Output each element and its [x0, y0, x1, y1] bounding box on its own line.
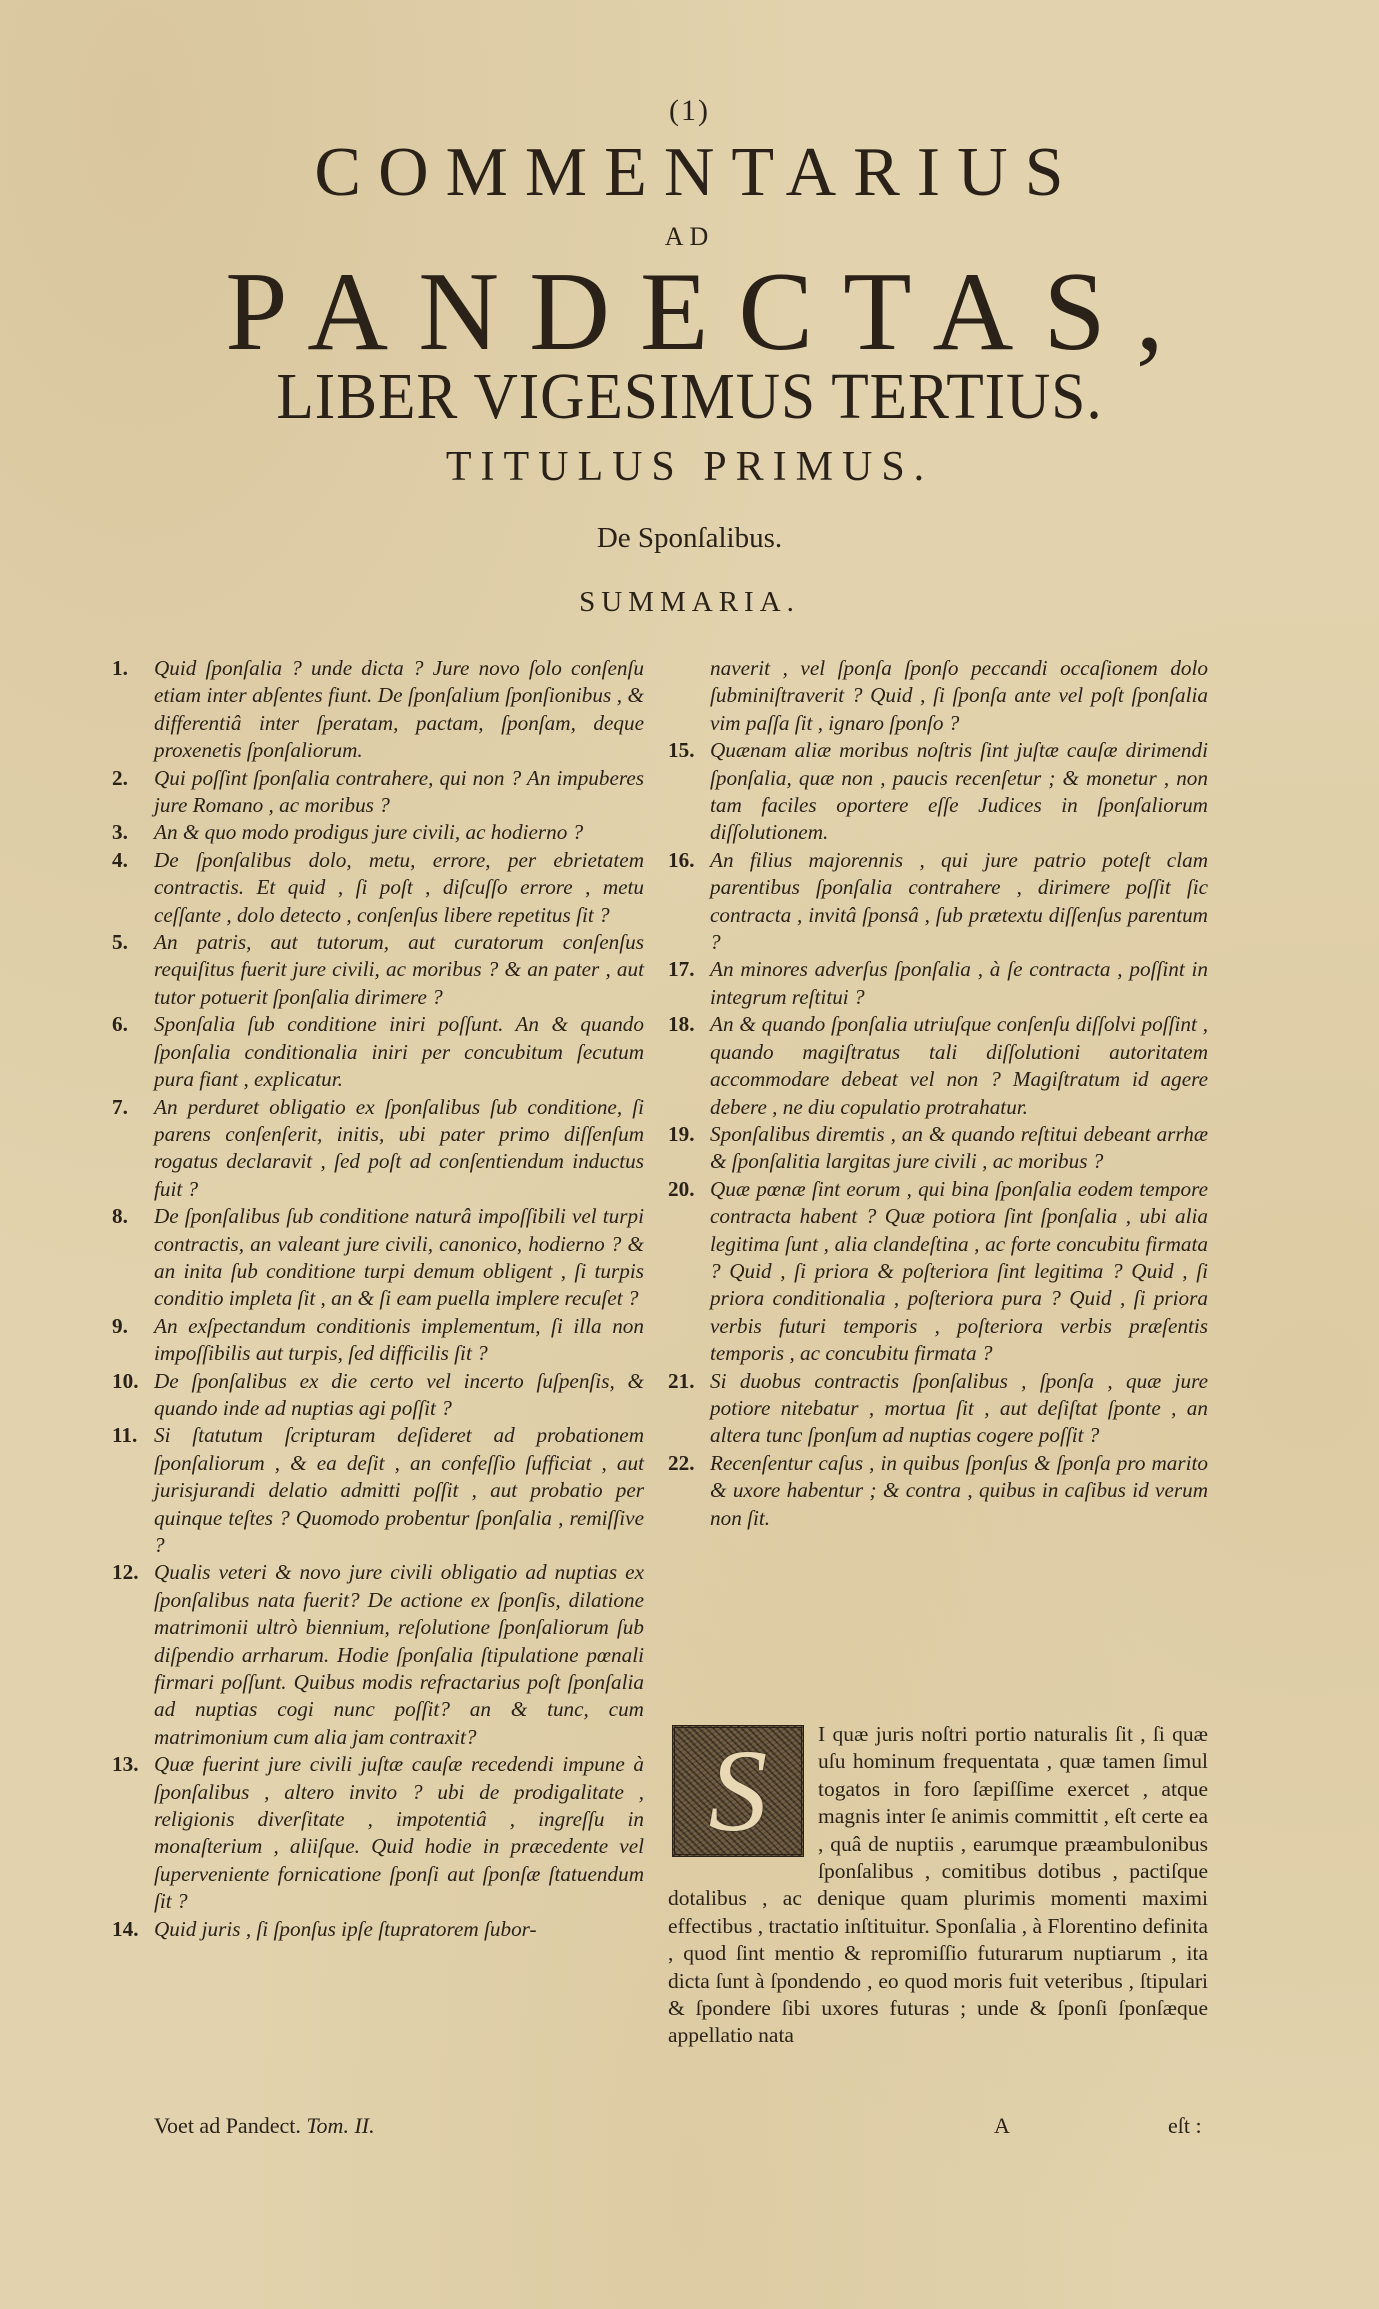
item-number: 20. [668, 1176, 708, 1203]
summaria-left-column: 1.Quid ſponſalia ? unde dicta ? Jure nov… [112, 655, 644, 1943]
summary-item: 2.Qui poſſint ſponſalia contrahere, qui … [112, 765, 644, 820]
item-number: 12. [112, 1559, 152, 1586]
item-text: Quæ pœnæ ſint eorum , qui bina ſponſalia… [710, 1176, 1208, 1368]
item-number: 22. [668, 1450, 708, 1477]
summary-item: 15.Quænam aliæ moribus noſtris ſint juſt… [668, 737, 1208, 847]
item-text: De ſponſalibus ſub conditione naturâ imp… [154, 1203, 644, 1313]
summary-item: 18.An & quando ſponſalia utriuſque conſe… [668, 1011, 1208, 1121]
summary-item: 4.De ſponſalibus dolo, metu, errore, per… [112, 847, 644, 929]
body-text: S I quæ juris noſtri portio naturalis ſi… [668, 1721, 1208, 2050]
item-text: Quænam aliæ moribus noſtris ſint juſtæ c… [710, 737, 1208, 847]
item-number: 8. [112, 1203, 152, 1230]
item-number: 11. [112, 1422, 152, 1449]
item-number: 6. [112, 1011, 152, 1038]
title-titulus: TITULUS PRIMUS. [0, 446, 1379, 488]
summary-item: 5.An patris, aut tutorum, aut curatorum … [112, 929, 644, 1011]
summary-item: 9.An exſpectandum conditionis implementu… [112, 1313, 644, 1368]
item-number: 1. [112, 655, 152, 682]
summary-item: 6.Sponſalia ſub conditione iniri poſſunt… [112, 1011, 644, 1093]
summary-item: 19.Sponſalibus diremtis , an & quando re… [668, 1121, 1208, 1176]
item-14-continuation: naverit , vel ſponſa ſponſo peccandi occ… [668, 655, 1208, 737]
item-text: Quid ſponſalia ? unde dicta ? Jure novo … [154, 655, 644, 765]
item-text: Quid juris , ſi ſponſus ipſe ſtupratorem… [154, 1916, 644, 1943]
summary-item: 14.Quid juris , ſi ſponſus ipſe ſtuprato… [112, 1916, 644, 1943]
running-footer: Voet ad Pandect. Tom. II. [154, 2113, 375, 2139]
title-ad: AD [0, 222, 1379, 252]
summary-item: 20.Quæ pœnæ ſint eorum , qui bina ſponſa… [668, 1176, 1208, 1368]
summary-item: 17.An minores adverſus ſponſalia , à ſe … [668, 956, 1208, 1011]
item-number: 5. [112, 929, 152, 956]
item-number: 4. [112, 847, 152, 874]
section-subtitle: De Sponſalibus. [0, 522, 1379, 555]
book-page: (1) COMMENTARIUS AD PANDECTAS, LIBER VIG… [0, 0, 1379, 2309]
title-pandectas: PANDECTAS, [0, 256, 1379, 368]
summary-item: 7.An perduret obligatio ex ſponſalibus ſ… [112, 1094, 644, 1204]
item-number: 15. [668, 737, 708, 764]
item-text: An patris, aut tutorum, aut curatorum co… [154, 929, 644, 1011]
summary-item: 13.Quæ fuerint jure civili juſtæ cauſæ r… [112, 1751, 644, 1915]
item-number: 2. [112, 765, 152, 792]
item-text: Si ſtatutum ſcripturam deſideret ad prob… [154, 1422, 644, 1559]
item-text: An filius majorennis , qui jure patrio p… [710, 847, 1208, 957]
summary-item: 22.Recenſentur caſus , in quibus ſponſus… [668, 1450, 1208, 1532]
volume-label: Tom. II. [306, 2113, 374, 2138]
item-text: Si duobus contractis ſponſalibus , ſponſ… [710, 1368, 1208, 1450]
summary-item: 1.Quid ſponſalia ? unde dicta ? Jure nov… [112, 655, 644, 765]
item-text: An minores adverſus ſponſalia , à ſe con… [710, 956, 1208, 1011]
title-liber: LIBER VIGESIMUS TERTIUS. [48, 364, 1330, 430]
item-text: De ſponſalibus ex die certo vel incerto … [154, 1368, 644, 1423]
item-text: Recenſentur caſus , in quibus ſponſus & … [710, 1450, 1208, 1532]
summary-item: 12.Qualis veteri & novo jure civili obli… [112, 1559, 644, 1751]
item-text: An exſpectandum conditionis implementum,… [154, 1313, 644, 1368]
decorated-initial-s: S [672, 1725, 804, 1857]
item-number: 13. [112, 1751, 152, 1778]
summary-item: 3.An & quo modo prodigus jure civili, ac… [112, 819, 644, 846]
running-title: Voet ad Pandect. [154, 2113, 301, 2138]
summary-item: 21.Si duobus contractis ſponſalibus , ſp… [668, 1368, 1208, 1450]
item-text: An perduret obligatio ex ſponſalibus ſub… [154, 1094, 644, 1204]
item-number: 14. [112, 1916, 152, 1943]
page-number: (1) [0, 94, 1379, 128]
summary-item: 10.De ſponſalibus ex die certo vel incer… [112, 1368, 644, 1423]
item-number: 16. [668, 847, 708, 874]
item-text: Sponſalia ſub conditione iniri poſſunt. … [154, 1011, 644, 1093]
item-number: 3. [112, 819, 152, 846]
item-text: Sponſalibus diremtis , an & quando reſti… [710, 1121, 1208, 1176]
signature-mark: A [994, 2113, 1010, 2139]
item-number: 9. [112, 1313, 152, 1340]
catchword: eſt : [1168, 2113, 1202, 2139]
item-text: An & quo modo prodigus jure civili, ac h… [154, 819, 644, 846]
item-text: De ſponſalibus dolo, metu, errore, per e… [154, 847, 644, 929]
item-text: Quæ fuerint jure civili juſtæ cauſæ rece… [154, 1751, 644, 1915]
item-number: 7. [112, 1094, 152, 1121]
item-text: Qui poſſint ſponſalia contrahere, qui no… [154, 765, 644, 820]
summaria-right-column: naverit , vel ſponſa ſponſo peccandi occ… [668, 655, 1208, 1532]
title-commentarius: COMMENTARIUS [0, 138, 1379, 208]
summary-item: 11.Si ſtatutum ſcripturam deſideret ad p… [112, 1422, 644, 1559]
item-number: 10. [112, 1368, 152, 1395]
item-number: 17. [668, 956, 708, 983]
item-text: Qualis veteri & novo jure civili obligat… [154, 1559, 644, 1751]
summaria-heading: SUMMARIA. [0, 586, 1379, 619]
item-number: 18. [668, 1011, 708, 1038]
item-number: 19. [668, 1121, 708, 1148]
item-number: 21. [668, 1368, 708, 1395]
summary-item: 16.An filius majorennis , qui jure patri… [668, 847, 1208, 957]
item-text: An & quando ſponſalia utriuſque conſenſu… [710, 1011, 1208, 1121]
summary-item: 8.De ſponſalibus ſub conditione naturâ i… [112, 1203, 644, 1313]
